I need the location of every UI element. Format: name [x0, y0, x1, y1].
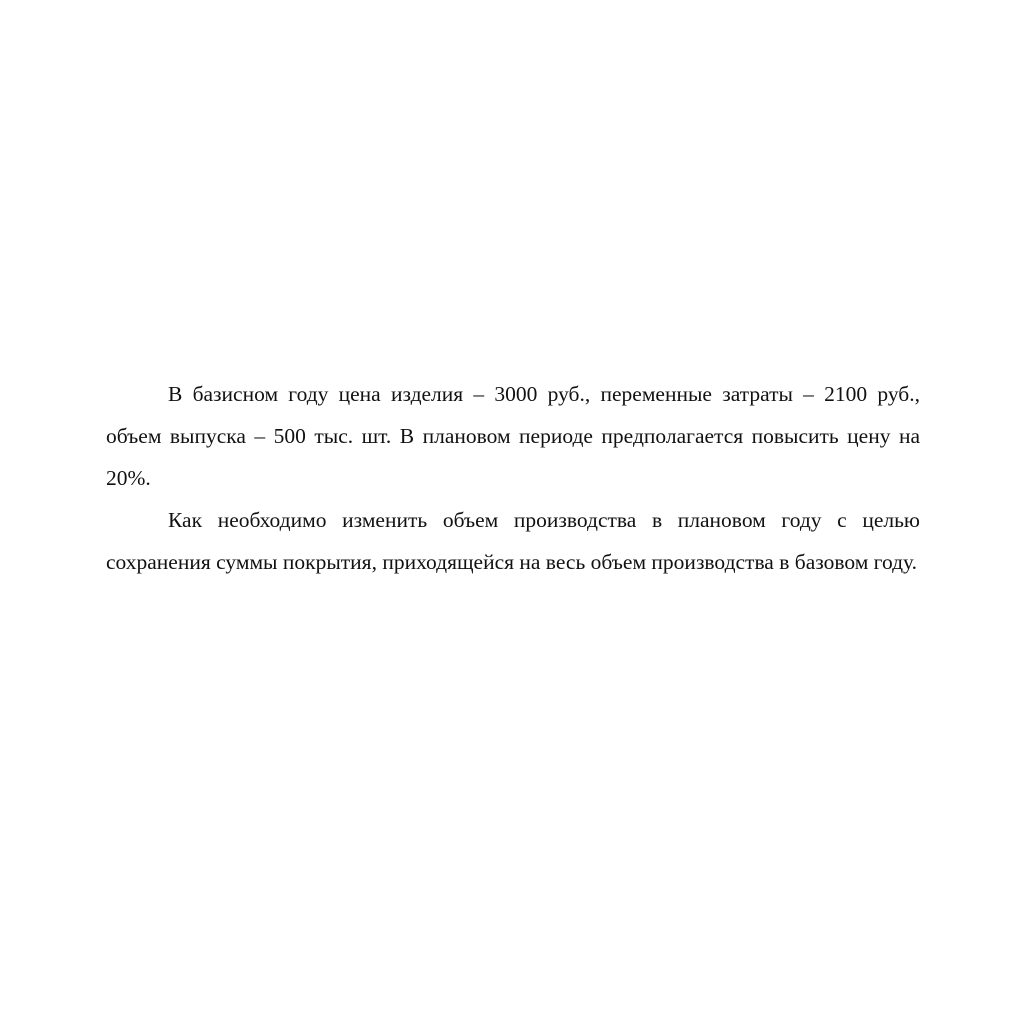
- problem-question-paragraph: Как необходимо изменить объем производст…: [106, 499, 920, 583]
- problem-conditions-paragraph: В базисном году цена изделия – 3000 руб.…: [106, 373, 920, 499]
- document-body: В базисном году цена изделия – 3000 руб.…: [106, 373, 920, 583]
